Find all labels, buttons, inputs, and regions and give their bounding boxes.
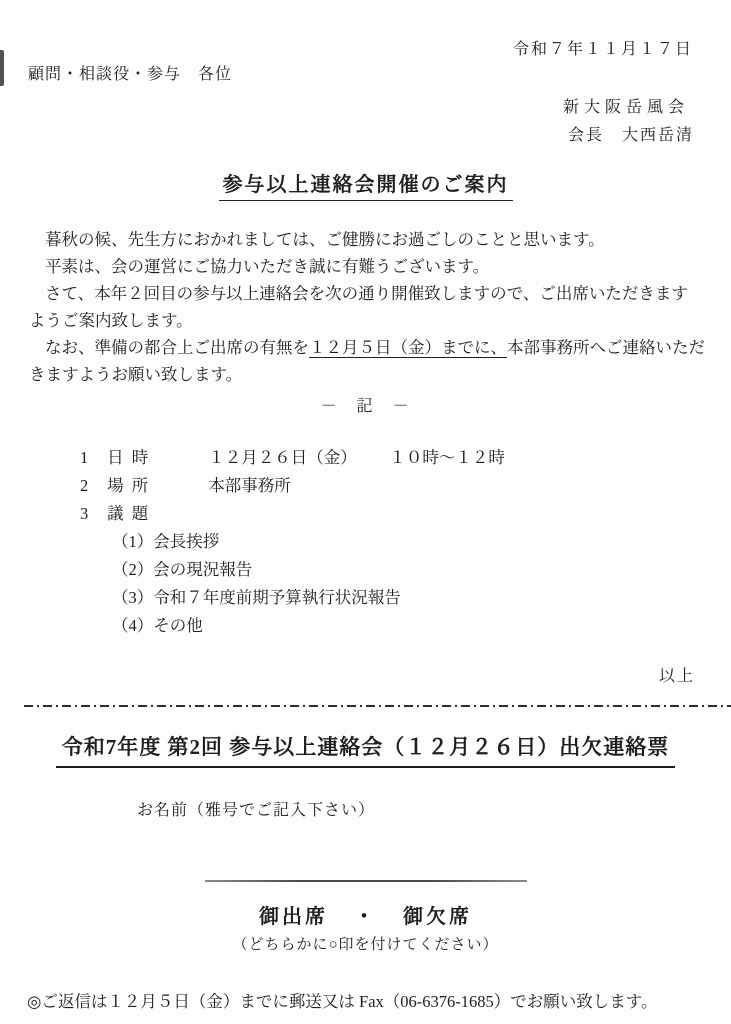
agenda-value: 本部事務所 xyxy=(208,472,385,500)
agenda-row-place: 2 場 所 本部事務所 xyxy=(80,472,505,500)
body-line-5-post: 本部事務所へご連絡いただ xyxy=(507,338,705,357)
body-line-5: なお、準備の都合上ご出席の有無を１２月５日（金）までに、本部事務所へご連絡いただ xyxy=(29,334,705,361)
agenda-label: 議 題 xyxy=(107,500,204,528)
agenda-row-topics: 3 議 題 xyxy=(80,500,505,528)
agenda-label: 日 時 xyxy=(107,444,204,472)
note-marker: － 記 － xyxy=(0,393,731,416)
reply-deadline-underlined: １２月５日（金）までに、 xyxy=(309,338,507,357)
document-title-row: 参与以上連絡会開催のご案内 xyxy=(0,168,731,201)
recipient-line: 顧問・相談役・参与 各位 xyxy=(28,61,232,84)
body-line-5-pre: なお、準備の都合上ご出席の有無を xyxy=(45,338,309,357)
agenda-label: 場 所 xyxy=(107,472,204,500)
attend-option: 御出席 xyxy=(259,906,328,928)
agenda-value: １２月２６日（金） xyxy=(208,444,385,472)
agenda-number: 1 xyxy=(80,444,103,472)
body-line-3: さて、本年２回目の参与以上連絡会を次の通り開催致しますので、ご出席いただきます xyxy=(29,280,705,307)
scanned-letter-page: 令和７年１１月１７日 顧問・相談役・参与 各位 新大阪岳風会 会長 大西岳清 参… xyxy=(0,0,731,1024)
sender-name: 会長 大西岳清 xyxy=(568,122,694,145)
agenda-subitem-2: （2）会の現況報告 xyxy=(112,556,505,584)
body-paragraphs: 暮秋の候、先生方におかれましては、ご健勝にお過ごしのことと思います。 平素は、会… xyxy=(29,226,705,388)
scan-artifact xyxy=(0,50,4,86)
document-title: 参与以上連絡会開催のご案内 xyxy=(219,168,513,201)
agenda-subitem-1: （1）会長挨拶 xyxy=(112,528,505,556)
attendance-options: 御出席・御欠席 xyxy=(0,900,731,929)
absent-option: 御欠席 xyxy=(403,906,472,928)
circle-instruction: （どちらかに○印を付けてください） xyxy=(0,933,731,954)
date-line: 令和７年１１月１７日 xyxy=(513,36,693,59)
reply-form-title-row: 令和7年度 第2回 参与以上連絡会（１２月２６日）出欠連絡票 xyxy=(0,731,731,768)
agenda-subitem-4: （4）その他 xyxy=(112,612,505,640)
agenda-time: １０時～１２時 xyxy=(389,448,505,467)
agenda-list: 1 日 時 １２月２６日（金） １０時～１２時 2 場 所 本部事務所 3 議 … xyxy=(80,444,505,640)
body-line-6: きますようお願い致します。 xyxy=(29,361,705,388)
reply-form-title: 令和7年度 第2回 参与以上連絡会（１２月２６日）出欠連絡票 xyxy=(56,731,676,768)
cut-here-dashed-line xyxy=(24,705,731,707)
closing-word: 以上 xyxy=(659,663,695,686)
agenda-row-datetime: 1 日 時 １２月２６日（金） １０時～１２時 xyxy=(80,444,505,472)
reply-note: ◎ご返信は１２月５日（金）までに郵送又は Fax（06-6376-1685）でお… xyxy=(27,988,657,1012)
sender-organization: 新大阪岳風会 xyxy=(563,94,689,117)
name-fill-in-line xyxy=(205,880,527,882)
body-line-4: ようご案内致します。 xyxy=(29,307,705,334)
name-field-label: お名前（雅号でご記入下さい） xyxy=(137,797,375,820)
agenda-subitem-3: （3）令和７年度前期予算執行状況報告 xyxy=(112,584,505,612)
option-separator-dot: ・ xyxy=(354,900,377,929)
body-line-1: 暮秋の候、先生方におかれましては、ご健勝にお過ごしのことと思います。 xyxy=(29,226,705,253)
agenda-number: 3 xyxy=(80,500,103,528)
body-line-2: 平素は、会の運営にご協力いただき誠に有難うございます。 xyxy=(29,253,705,280)
agenda-number: 2 xyxy=(80,472,103,500)
